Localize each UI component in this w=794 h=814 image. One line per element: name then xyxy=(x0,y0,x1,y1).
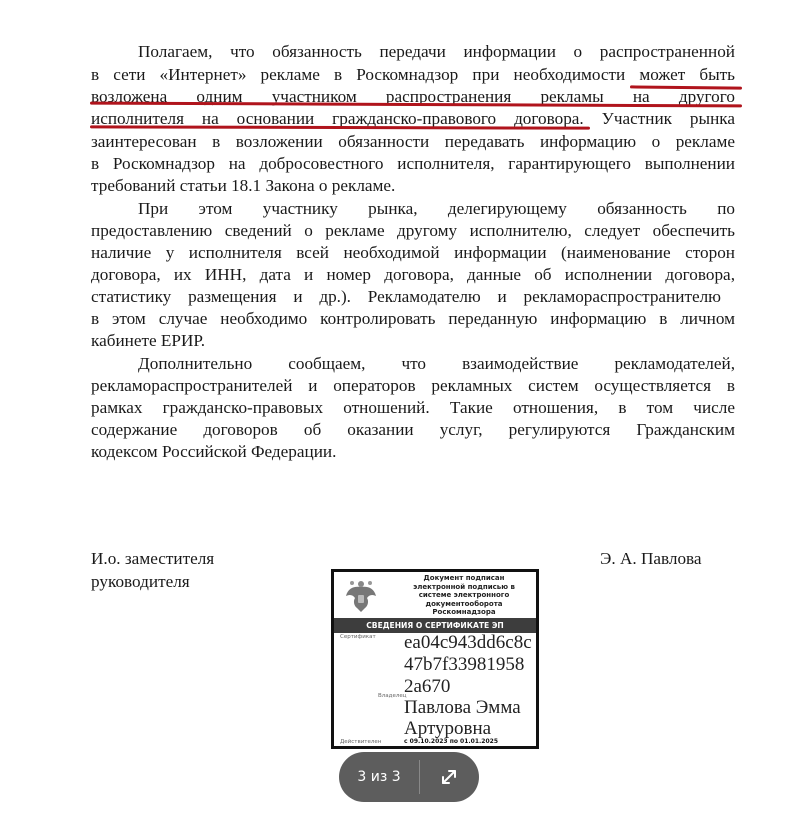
owner-value: Артуровна xyxy=(404,718,491,739)
certificate-label: Сертификат xyxy=(340,634,376,640)
certificate-value: ea04c943dd6c8c xyxy=(404,632,532,653)
text-line: договора, их ИНН, дата и номер договора,… xyxy=(91,264,735,286)
owner-value: Павлова Эмма xyxy=(404,697,521,718)
text-line: в этом случае необходимо контролировать … xyxy=(91,308,735,330)
stamp-header-line: Роскомнадзора xyxy=(394,608,534,617)
text-line: в сети «Интернет» рекламе в Роскомнадзор… xyxy=(91,64,735,86)
expand-button[interactable] xyxy=(420,752,478,802)
stamp-header-line: системе электронного xyxy=(394,591,534,600)
certificate-value: 2a670 xyxy=(404,676,450,697)
text-line: При этом участнику рынка, делегирующему … xyxy=(138,198,735,220)
text-line: заинтересован в возложении обязанности п… xyxy=(91,131,735,153)
stamp-header-line: Документ подписан xyxy=(394,574,534,583)
text-line: Дополнительно сообщаем, что взаимодейств… xyxy=(138,353,735,375)
text-line: рамках гражданско-правовых отношений. Та… xyxy=(91,397,735,419)
text-line: требований статьи 18.1 Закона о рекламе. xyxy=(91,175,735,197)
owner-label: Владелец xyxy=(378,693,407,699)
text-line: в Роскомнадзор на добросовестного исполн… xyxy=(91,153,735,175)
text-line: рекламораспространителей и операторов ре… xyxy=(91,375,735,397)
text-line: Полагаем, что обязанность передачи инфор… xyxy=(138,41,735,63)
stamp-header-line: документооборота xyxy=(394,600,534,609)
coat-of-arms-icon xyxy=(344,578,378,614)
signer-name: Э. А. Павлова xyxy=(600,547,702,570)
signer-position: И.о. заместителя xyxy=(91,547,214,570)
text-line: статистику размещения и др.). Рекламодат… xyxy=(91,286,721,308)
stamp-header-line: электронной подписью в xyxy=(394,583,534,592)
stamp-band: СВЕДЕНИЯ О СЕРТИФИКАТЕ ЭП xyxy=(334,618,536,633)
text-line: наличие у исполнителя всей необходимой и… xyxy=(91,242,735,264)
validity-label: Действителен xyxy=(340,739,381,745)
certificate-value: 47b7f33981958 xyxy=(404,654,524,675)
expand-icon xyxy=(440,768,458,786)
signer-position: руководителя xyxy=(91,570,190,593)
page-counter: 3 из 3 xyxy=(339,769,419,785)
document-page: Полагаем, что обязанность передачи инфор… xyxy=(0,0,794,814)
text-line: кодексом Российской Федерации. xyxy=(91,441,735,463)
stamp-header: Документ подписан электронной подписью в… xyxy=(394,574,534,617)
text-line: предоставлению сведений о рекламе другом… xyxy=(91,220,735,242)
validity-value: с 09.10.2023 по 01.01.2025 xyxy=(404,738,498,745)
page-navigator: 3 из 3 xyxy=(339,752,479,802)
text-line: содержание договоров об оказании услуг, … xyxy=(91,419,735,441)
text-line: кабинете ЕРИР. xyxy=(91,330,735,352)
e-signature-stamp: Документ подписан электронной подписью в… xyxy=(331,569,539,749)
